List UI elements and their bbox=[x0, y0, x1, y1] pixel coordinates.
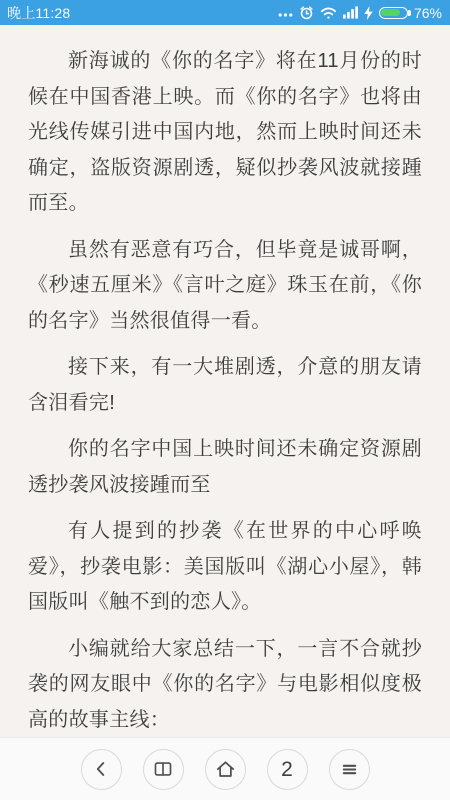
alarm-icon bbox=[299, 5, 314, 20]
status-time: 晚上11:28 bbox=[7, 3, 70, 23]
status-bar: 晚上11:28 bbox=[0, 0, 450, 25]
wifi-icon bbox=[320, 6, 337, 20]
article-paragraph: 接下来，有一大堆剧透，介意的朋友请含泪看完! bbox=[28, 350, 422, 421]
charging-icon bbox=[364, 6, 373, 20]
article-page[interactable]: 新海诚的《你的名字》将在11月份的时候在中国香港上映。而《你的名字》也将由光线传… bbox=[0, 25, 450, 737]
article-paragraph: 新海诚的《你的名字》将在11月份的时候在中国香港上映。而《你的名字》也将由光线传… bbox=[28, 44, 422, 222]
browser-toolbar: 2 bbox=[0, 737, 450, 800]
signal-icon bbox=[343, 6, 358, 19]
menu-button[interactable] bbox=[329, 749, 370, 790]
article-paragraph: 有人提到的抄袭《在世界的中心呼唤爱》，抄袭电影：美国版叫《湖心小屋》，韩国版叫《… bbox=[28, 514, 422, 621]
more-dots-icon bbox=[278, 6, 293, 20]
battery-icon bbox=[379, 7, 408, 19]
chevron-left-icon bbox=[90, 758, 112, 780]
battery-fill bbox=[381, 9, 399, 16]
back-button[interactable] bbox=[81, 749, 122, 790]
battery-percent: 76% bbox=[414, 5, 442, 21]
article-paragraph: 虽然有恶意有巧合，但毕竟是诚哥啊，《秒速五厘米》《言叶之庭》珠玉在前，《你的名字… bbox=[28, 233, 422, 340]
article-paragraph: 小编就给大家总结一下，一言不合就抄袭的网友眼中《你的名字》与电影相似度极高的故事… bbox=[28, 632, 422, 738]
status-icons: 76% bbox=[278, 5, 442, 21]
tab-count: 2 bbox=[281, 759, 293, 780]
article-paragraph: 你的名字中国上映时间还未确定资源剧透抄袭风波接踵而至 bbox=[28, 432, 422, 503]
home-button[interactable] bbox=[205, 749, 246, 790]
book-icon bbox=[152, 758, 174, 780]
menu-icon bbox=[339, 759, 360, 780]
tabs-button[interactable]: 2 bbox=[267, 749, 308, 790]
bookmarks-button[interactable] bbox=[143, 749, 184, 790]
home-icon bbox=[214, 758, 237, 781]
